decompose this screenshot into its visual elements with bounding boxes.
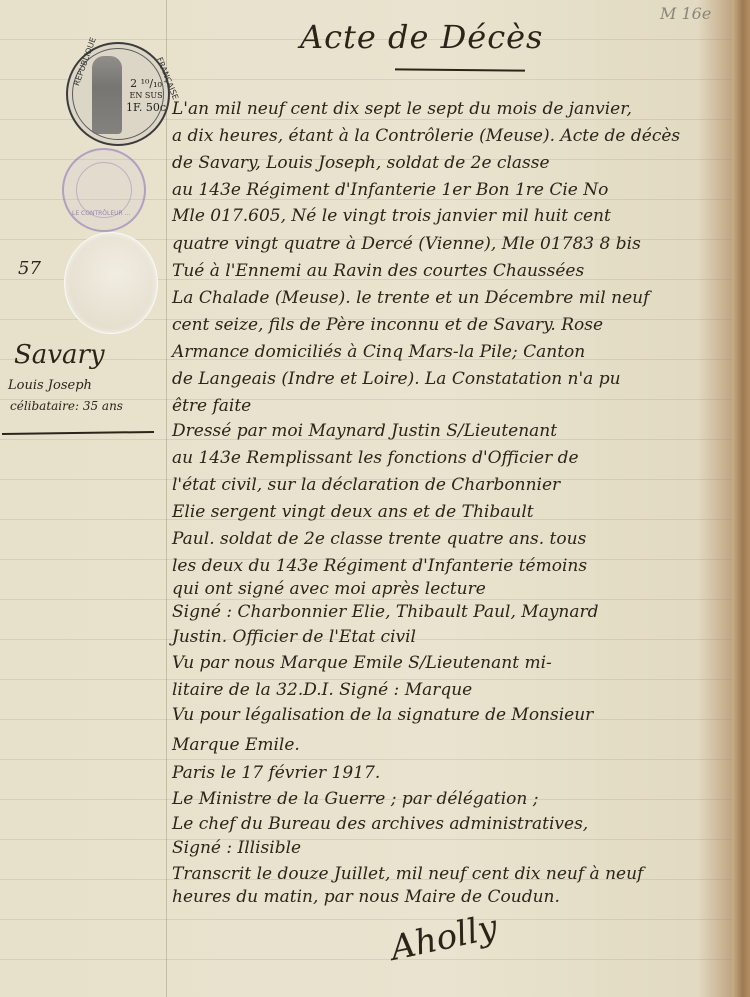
text-line: Mle 017.605, Né le vingt trois janvier m… [172,205,611,227]
text-line: l'état civil, sur la déclaration de Char… [172,474,560,496]
margin-marital-status-age: célibataire: 35 ans [10,399,123,413]
text-line: litaire de la 32.D.I. Signé : Marque [172,679,472,701]
book-binding [732,0,750,997]
margin-divider [2,431,154,435]
margin-given-names: Louis Joseph [8,378,92,393]
folio-number: M 16e [660,4,711,23]
text-line: La Chalade (Meuse). le trente et un Déce… [172,287,649,309]
document-title: Acte de Décès [300,18,543,56]
margin-rule [166,0,167,997]
marianne-figure-icon [92,56,122,134]
text-line: les deux du 143e Régiment d'Infanterie t… [172,555,587,577]
revenue-stamp-icon: REPUBLIQUE FRANÇAISE 2 ¹⁰/₁₀ EN SUS 1F. … [66,42,170,146]
text-line: Vu pour légalisation de la signature de … [172,704,593,726]
text-line: L'an mil neuf cent dix sept le sept du m… [172,98,632,120]
register-page: Acte de Décès M 16e REPUBLIQUE FRANÇAISE… [0,0,750,997]
text-line: a dix heures, étant à la Contrôlerie (Me… [172,125,680,147]
text-line: Marque Emile. [172,734,300,756]
stamp-value-bottom: 1F. 50c [126,102,166,114]
text-line: Signé : Illisible [172,837,301,859]
text-line: de Savary, Louis Joseph, soldat de 2e cl… [172,152,550,174]
purple-seal-text: LE CONTRÔLEUR ... [72,210,130,217]
text-line: heures du matin, par nous Maire de Coudu… [172,886,560,908]
text-line: être faite [172,395,251,417]
text-line: Paul. soldat de 2e classe trente quatre … [172,528,586,550]
margin-surname: Savary [14,340,105,370]
purple-ink-seal-icon: LE CONTRÔLEUR ... [62,148,146,232]
text-line: Armance domiciliés à Cinq Mars-la Pile; … [172,341,585,363]
mayor-signature: Aholly [387,907,501,969]
text-line: de Langeais (Indre et Loire). La Constat… [172,368,621,390]
text-line: qui ont signé avec moi après lecture [172,578,486,600]
text-line: Dressé par moi Maynard Justin S/Lieutena… [172,420,557,442]
text-line: Paris le 17 février 1917. [172,762,380,784]
text-line: au 143e Régiment d'Infanterie 1er Bon 1r… [172,179,608,201]
text-line: Justin. Officier de l'Etat civil [172,626,416,648]
embossed-seal-icon [64,232,158,334]
text-line: au 143e Remplissant les fonctions d'Offi… [172,447,579,469]
stamp-value-top: 2 ¹⁰/₁₀ [126,78,166,90]
text-line: Le Ministre de la Guerre ; par délégatio… [172,788,538,810]
title-underline [395,68,525,71]
entry-number: 57 [18,258,41,279]
text-line: Tué à l'Ennemi au Ravin des courtes Chau… [172,260,584,282]
text-line: cent seize, fils de Père inconnu et de S… [172,314,603,336]
text-line: Signé : Charbonnier Elie, Thibault Paul,… [172,601,599,623]
text-line: Vu par nous Marque Emile S/Lieutenant mi… [172,652,552,674]
text-line: Transcrit le douze Juillet, mil neuf cen… [172,863,643,885]
text-line: Le chef du Bureau des archives administr… [172,813,588,835]
text-line: Elie sergent vingt deux ans et de Thibau… [172,501,534,523]
text-line: quatre vingt quatre à Dercé (Vienne), Ml… [172,233,641,255]
stamp-value: 2 ¹⁰/₁₀ EN SUS 1F. 50c [126,78,166,114]
